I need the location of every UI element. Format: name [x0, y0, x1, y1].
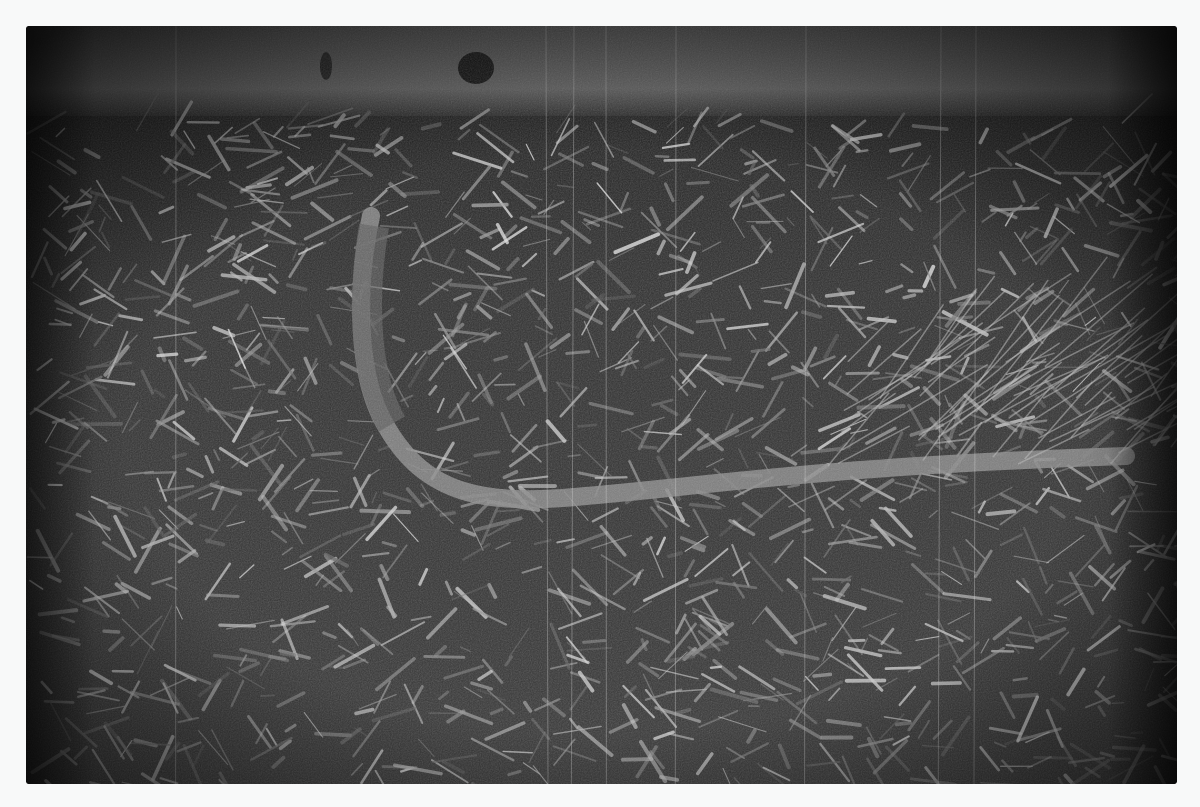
leaf-litter-scene [26, 26, 1177, 784]
photograph [26, 26, 1177, 784]
